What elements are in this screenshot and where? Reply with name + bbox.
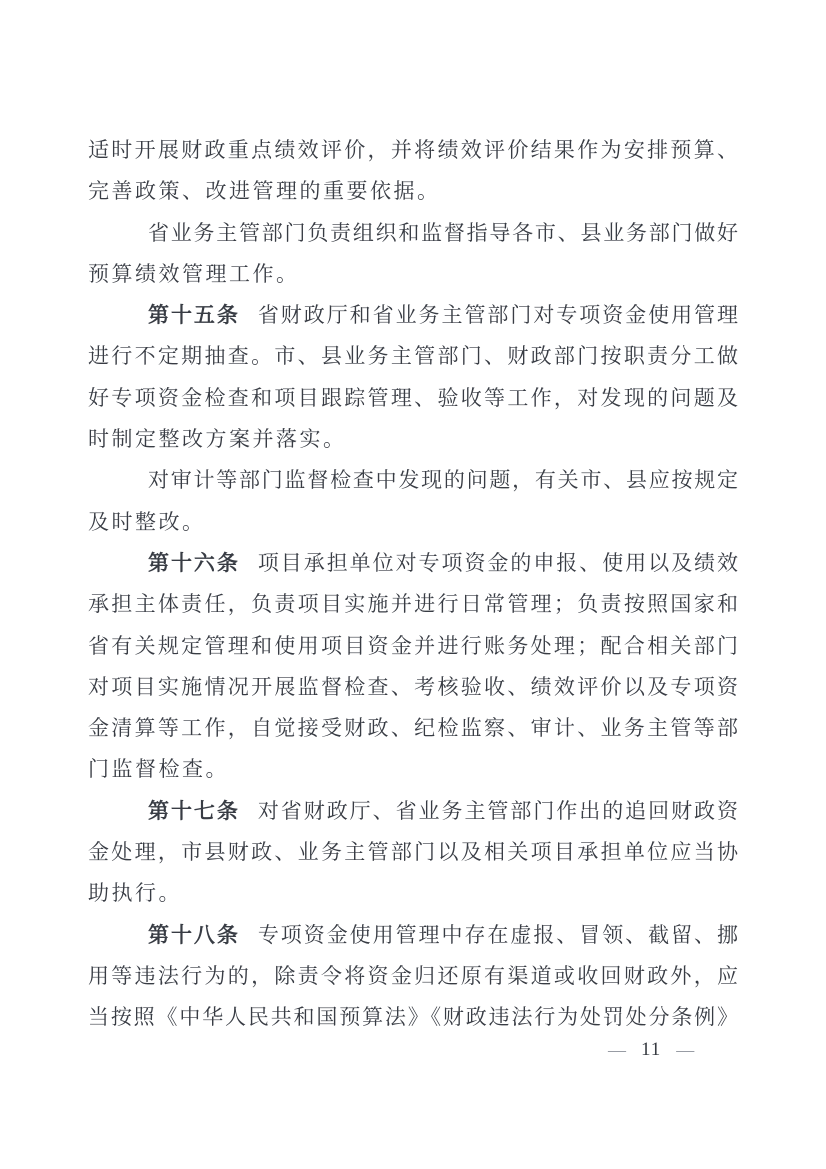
text-line: 完善政策、改进管理的重要依据。: [88, 171, 738, 212]
line-text: 省业务主管部门负责组织和监督指导各市、县业务部门做好: [148, 221, 738, 245]
text-line: 金清算等工作，自觉接受财政、纪检监察、审计、业务主管等部: [88, 708, 738, 749]
text-line: 好专项资金检查和项目跟踪管理、验收等工作，对发现的问题及: [88, 378, 738, 419]
text-line: 对审计等部门监督检查中发现的问题，有关市、县应按规定: [88, 460, 738, 501]
line-text: 门监督检查。: [88, 757, 229, 781]
line-text: 进行不定期抽查。市、县业务主管部门、财政部门按职责分工做: [88, 344, 738, 368]
line-text: 专项资金使用管理中存在虚报、冒领、截留、挪: [258, 923, 738, 947]
text-line: 省业务主管部门负责组织和监督指导各市、县业务部门做好: [88, 213, 738, 254]
line-text: 省财政厅和省业务主管部门对专项资金使用管理: [258, 303, 738, 327]
text-line: 预算绩效管理工作。: [88, 254, 738, 295]
line-text: 对省财政厅、省业务主管部门作出的追回财政资: [258, 799, 738, 823]
footer-left-dash: —: [608, 1041, 626, 1059]
text-line: 第十八条专项资金使用管理中存在虚报、冒领、截留、挪: [88, 915, 738, 956]
article-number: 第十六条: [148, 551, 240, 575]
footer-right-dash: —: [676, 1041, 694, 1059]
text-line: 金处理，市县财政、业务主管部门以及相关项目承担单位应当协: [88, 832, 738, 873]
article-number: 第十五条: [148, 303, 240, 327]
line-text: 对项目实施情况开展监督检查、考核验收、绩效评价以及专项资: [88, 675, 738, 699]
line-text: 好专项资金检查和项目跟踪管理、验收等工作，对发现的问题及: [88, 386, 738, 410]
text-line: 时制定整改方案并落实。: [88, 419, 738, 460]
page-footer: — 11 —: [608, 1036, 694, 1064]
text-line: 当按照《中华人民共和国预算法》《财政违法行为处罚处分条例》: [88, 997, 738, 1038]
text-line: 适时开展财政重点绩效评价，并将绩效评价结果作为安排预算、: [88, 130, 738, 171]
line-text: 对审计等部门监督检查中发现的问题，有关市、县应按规定: [148, 468, 738, 492]
line-text: 当按照《中华人民共和国预算法》《财政违法行为处罚处分条例》: [88, 1005, 738, 1029]
article-number: 第十八条: [148, 923, 240, 947]
text-line: 进行不定期抽查。市、县业务主管部门、财政部门按职责分工做: [88, 336, 738, 377]
article-number: 第十七条: [148, 799, 240, 823]
line-text: 时制定整改方案并落实。: [88, 427, 347, 451]
text-line: 门监督检查。: [88, 749, 738, 790]
page-number: 11: [641, 1039, 661, 1061]
text-line: 承担主体责任，负责项目实施并进行日常管理；负责按照国家和: [88, 584, 738, 625]
line-text: 预算绩效管理工作。: [88, 262, 300, 286]
text-line: 第十五条省财政厅和省业务主管部门对专项资金使用管理: [88, 295, 738, 336]
text-line: 助执行。: [88, 873, 738, 914]
text-line: 及时整改。: [88, 502, 738, 543]
text-line: 第十六条项目承担单位对专项资金的申报、使用以及绩效: [88, 543, 738, 584]
line-text: 完善政策、改进管理的重要依据。: [88, 179, 441, 203]
text-line: 对项目实施情况开展监督检查、考核验收、绩效评价以及专项资: [88, 667, 738, 708]
document-body: 适时开展财政重点绩效评价，并将绩效评价结果作为安排预算、完善政策、改进管理的重要…: [88, 130, 738, 1039]
text-line: 第十七条对省财政厅、省业务主管部门作出的追回财政资: [88, 791, 738, 832]
line-text: 用等违法行为的，除责令将资金归还原有渠道或收回财政外，应: [88, 964, 738, 988]
line-text: 金清算等工作，自觉接受财政、纪检监察、审计、业务主管等部: [88, 716, 738, 740]
line-text: 适时开展财政重点绩效评价，并将绩效评价结果作为安排预算、: [88, 138, 738, 162]
text-line: 省有关规定管理和使用项目资金并进行账务处理；配合相关部门: [88, 626, 738, 667]
line-text: 项目承担单位对专项资金的申报、使用以及绩效: [258, 551, 738, 575]
line-text: 助执行。: [88, 881, 182, 905]
document-page: 适时开展财政重点绩效评价，并将绩效评价结果作为安排预算、完善政策、改进管理的重要…: [0, 0, 826, 1169]
text-line: 用等违法行为的，除责令将资金归还原有渠道或收回财政外，应: [88, 956, 738, 997]
line-text: 省有关规定管理和使用项目资金并进行账务处理；配合相关部门: [88, 634, 738, 658]
line-text: 及时整改。: [88, 510, 206, 534]
line-text: 承担主体责任，负责项目实施并进行日常管理；负责按照国家和: [88, 592, 738, 616]
line-text: 金处理，市县财政、业务主管部门以及相关项目承担单位应当协: [88, 840, 738, 864]
